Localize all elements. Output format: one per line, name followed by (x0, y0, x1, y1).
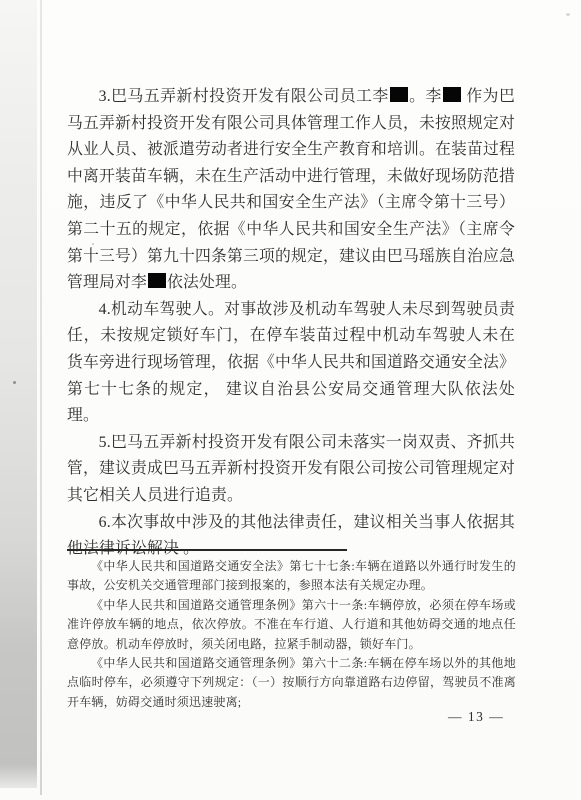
footnotes-list: 《中华人民共和国道路交通安全法》第七十七条:车辆在道路以外通行时发生的事故，公安… (67, 557, 516, 712)
footnote-separator (67, 549, 347, 551)
footnote-item: 《中华人民共和国道路交通管理条例》第六十二条:车辆在停车场以外的其他地点临时停车… (67, 654, 516, 712)
scan-speck (566, 13, 570, 16)
body-text: 3.巴马五弄新村投资开发有限公司员工李。李 作为巴马五弄新村投资开发有限公司具体… (67, 84, 515, 563)
footnote-item: 《中华人民共和国道路交通安全法》第七十七条:车辆在道路以外通行时发生的事故，公安… (67, 557, 516, 596)
redaction-box (443, 87, 461, 102)
document-page: 3.巴马五弄新村投资开发有限公司员工李。李 作为巴马五弄新村投资开发有限公司具体… (0, 0, 581, 800)
body-paragraph: 3.巴马五弄新村投资开发有限公司员工李。李 作为巴马五弄新村投资开发有限公司具体… (67, 84, 515, 297)
page-number: — 13 — (448, 709, 504, 725)
body-paragraph: 5.巴马五弄新村投资开发有限公司未落实一岗双责、齐抓共管，建议责成巴马五弄新村投… (67, 430, 515, 510)
scan-speck (13, 381, 16, 384)
body-paragraph: 6.本次事故中涉及的其他法律责任，建议相关当事人依据其他法律诉讼解决 。 (67, 510, 515, 563)
redaction-box (148, 273, 166, 288)
footnote-item: 《中华人民共和国道路交通管理条例》第六十一条:车辆停放，必须在停车场或准许停放车… (67, 596, 516, 654)
scan-edge-line (40, 0, 42, 795)
body-paragraph: 4.机动车驾驶人。对事故涉及机动车驾驶人未尽到驾驶员责任，未按规定锁好车门，在停… (67, 297, 515, 430)
redaction-box (390, 87, 408, 102)
scan-edge-shadow (0, 0, 37, 788)
